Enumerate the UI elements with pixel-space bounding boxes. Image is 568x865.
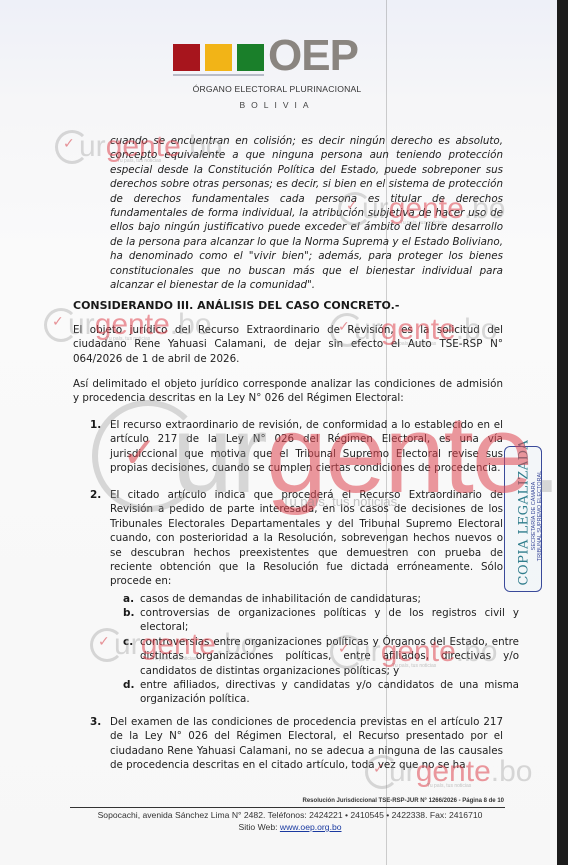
footer-address: Sopocachi, avenida Sánchez Lima N° 2482.… bbox=[40, 810, 540, 820]
country-name: BOLIVIA bbox=[172, 100, 382, 110]
website-label: Sitio Web: bbox=[238, 822, 277, 832]
sub-item-letter: b. bbox=[123, 606, 135, 620]
item-text: Del examen de las condiciones de procede… bbox=[110, 715, 503, 773]
quote-block: cuando se encuentran en colisión; es dec… bbox=[110, 134, 503, 292]
checkmark-icon: ✓ bbox=[98, 634, 110, 650]
item-text: El recurso extraordinario de revisión, d… bbox=[110, 418, 503, 476]
sub-item-text: controversias de organizaciones política… bbox=[140, 606, 519, 635]
stamp-title: COPIA LEGALIZADA bbox=[517, 440, 532, 586]
checkmark-icon: ✓ bbox=[52, 314, 64, 330]
stamp-line-2: TRIBUNAL SUPREMO ELECTORAL bbox=[537, 443, 543, 589]
clock-icon bbox=[90, 628, 124, 662]
paragraph-analysis-intro: Así delimitado el objeto jurídico corres… bbox=[73, 377, 503, 406]
sub-item-text: controversias entre organizaciones polít… bbox=[140, 635, 519, 678]
item-number: 1. bbox=[90, 418, 101, 432]
clock-icon bbox=[55, 130, 89, 164]
paragraph-object: El objeto jurídico del Recurso Extraordi… bbox=[73, 323, 503, 366]
logo-underline bbox=[173, 74, 264, 76]
checkmark-icon: ✓ bbox=[63, 136, 75, 152]
logo-yellow-square bbox=[205, 44, 232, 71]
organization-name: ÓRGANO ELECTORAL PLURINACIONAL bbox=[172, 84, 382, 94]
website-link[interactable]: www.oep.org.bo bbox=[280, 822, 342, 832]
watermark-tagline: Tu país, tus noticias bbox=[427, 783, 471, 789]
oep-logo: OEP ÓRGANO ELECTORAL PLURINACIONAL BOLIV… bbox=[172, 44, 382, 114]
sub-item-letter: d. bbox=[123, 678, 135, 692]
footer-website: Sitio Web: www.oep.org.bo bbox=[40, 822, 540, 832]
sub-item-text: entre afiliados, directivas y candidatas… bbox=[140, 678, 519, 707]
item-number: 2. bbox=[90, 488, 101, 502]
sub-item-letter: c. bbox=[123, 635, 133, 649]
logo-text: OEP bbox=[268, 34, 358, 78]
legalized-copy-stamp: COPIA LEGALIZADA SECRETARÍA DE CÁMARA TR… bbox=[504, 446, 542, 592]
footer-divider bbox=[70, 807, 505, 808]
resolution-page-reference: Resolución Jurisdiccional TSE-RSP-JUR N°… bbox=[240, 798, 504, 804]
item-text: El citado artículo indica que procederá … bbox=[110, 488, 503, 589]
document-page: OEP ÓRGANO ELECTORAL PLURINACIONAL BOLIV… bbox=[0, 0, 557, 865]
section-heading: CONSIDERANDO III. ANÁLISIS DEL CASO CONC… bbox=[73, 299, 399, 312]
sub-item-text: casos de demandas de inhabilitación de c… bbox=[140, 592, 519, 606]
logo-red-square bbox=[173, 44, 200, 71]
item-number: 3. bbox=[90, 715, 101, 729]
logo-green-square bbox=[237, 44, 264, 71]
sub-item-letter: a. bbox=[123, 592, 134, 606]
